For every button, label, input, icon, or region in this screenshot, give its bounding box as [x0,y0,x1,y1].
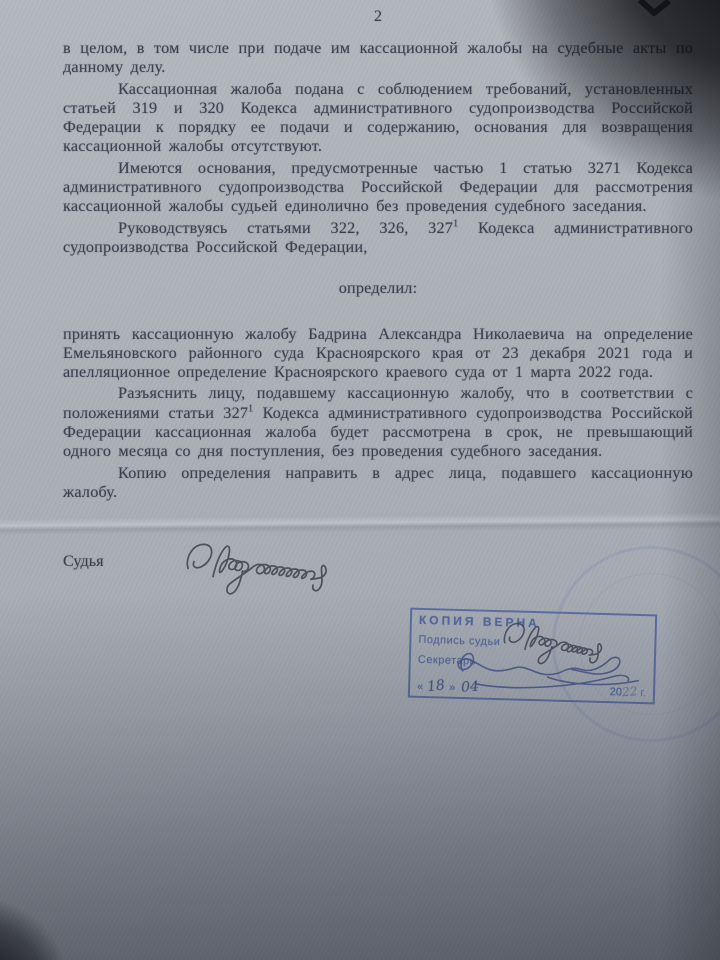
paragraph-accept: принять кассационную жалобу Бадрина Алек… [63,325,693,383]
paragraph-grounds: Имеются основания, предусмотренные часть… [63,159,693,217]
document-body: в целом, в том числе при подаче им касса… [63,39,693,504]
paragraph-explain: Разъяснить лицу, подавшему кассационную … [63,384,693,461]
fold-crease [0,513,720,535]
handwritten-day: 18 [426,677,446,695]
judge-label: Судья [63,552,104,571]
judge-signature [178,532,383,596]
quote-open: « [417,681,423,693]
top-edge-mark [638,0,672,16]
ruling-heading: определил: [63,279,693,298]
stamp-secretary-signature [447,645,658,701]
page-number: 2 [62,8,694,26]
paragraph-send-copy: Копию определения направить в адрес лица… [63,464,693,503]
paragraph-requirements: Кассационная жалоба подана с соблюдением… [63,80,693,157]
document-photo: 2 в целом, в том числе при подаче им кас… [0,0,720,960]
paragraph-continuation: в целом, в том числе при подаче им касса… [63,39,693,78]
paragraph-guided-by: Руководствуясь статьями 322, 326, 3271 К… [63,219,693,258]
paragraph-text: Руководствуясь статьями 322, 326, 327 [118,219,453,237]
